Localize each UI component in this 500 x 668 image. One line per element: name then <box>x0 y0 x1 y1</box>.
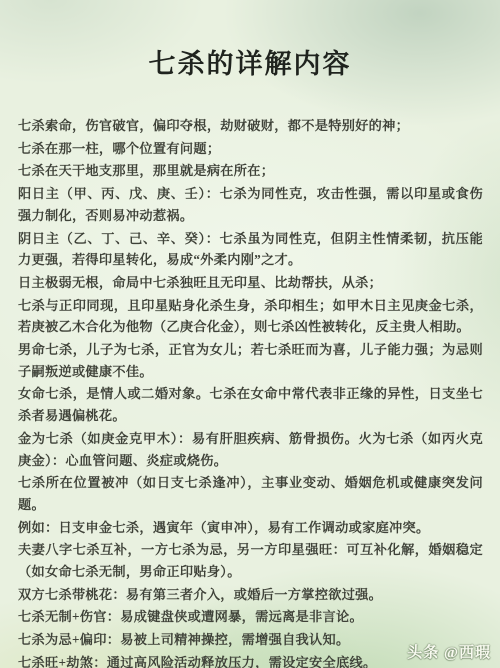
paragraph: 七杀无制+伤官：易成键盘侠或遭网暴，需远离是非言论。 <box>18 606 483 628</box>
paragraph: 七杀所在位置被冲（如日支七杀逢冲），主事业变动、婚姻危机或健康突发问题。 <box>18 472 483 515</box>
paragraph: 日主极弱无根，命局中七杀独旺且无印星、比劫帮扶，从杀； <box>18 272 483 294</box>
paragraph: 金为七杀（如庚金克甲木）：易有肝胆疾病、筋骨损伤。火为七杀（如丙火克庚金）：心血… <box>18 428 483 471</box>
paragraph: 双方七杀带桃花：易有第三者介入，或婚后一方掌控欲过强。 <box>18 584 483 606</box>
poster: 七杀的详解内容 七杀索命，伤官破官，偏印夺根，劫财破财，都不是特别好的神；七杀在… <box>0 0 500 668</box>
paragraph: 夫妻八字七杀互补，一方七杀为忌，另一方印星强旺：可互补化解，婚姻稳定（如女命七杀… <box>18 539 483 582</box>
page-title: 七杀的详解内容 <box>0 0 500 80</box>
paragraph: 阳日主（甲、丙、戊、庚、壬）：七杀为同性克，攻击性强，需以印星或食伤强力制化，否… <box>18 183 483 226</box>
paragraph: 阴日主（乙、丁、己、辛、癸）：七杀虽为同性克，但阴主性情柔韧，抗压能力更强，若得… <box>18 228 483 271</box>
paragraph: 七杀在那一柱，哪个位置有问题； <box>18 138 483 160</box>
paragraph: 女命七杀，是情人或二婚对象。七杀在女命中常代表非正缘的异性，日支坐七杀者易遇偏桃… <box>18 383 483 426</box>
content-area: 七杀索命，伤官破官，偏印夺根，劫财破财，都不是特别好的神；七杀在那一柱，哪个位置… <box>18 115 483 668</box>
paragraph: 男命七杀，儿子为七杀，正官为女儿；若七杀旺而为喜，儿子能力强；为忌则子嗣叛逆或健… <box>18 339 483 382</box>
paragraph: 七杀在天干地支那里，那里就是病在所在； <box>18 160 483 182</box>
paragraph: 七杀索命，伤官破官，偏印夺根，劫财破财，都不是特别好的神； <box>18 115 483 137</box>
paragraph: 七杀与正印同现，且印星贴身化杀生身，杀印相生；如甲木日主见庚金七杀，若庚被乙木合… <box>18 295 483 338</box>
watermark-toutiao: 头条 @西瑕 <box>407 641 491 662</box>
paragraph: 例如：日支申金七杀，遇寅年（寅申冲），易有工作调动或家庭冲突。 <box>18 517 483 539</box>
